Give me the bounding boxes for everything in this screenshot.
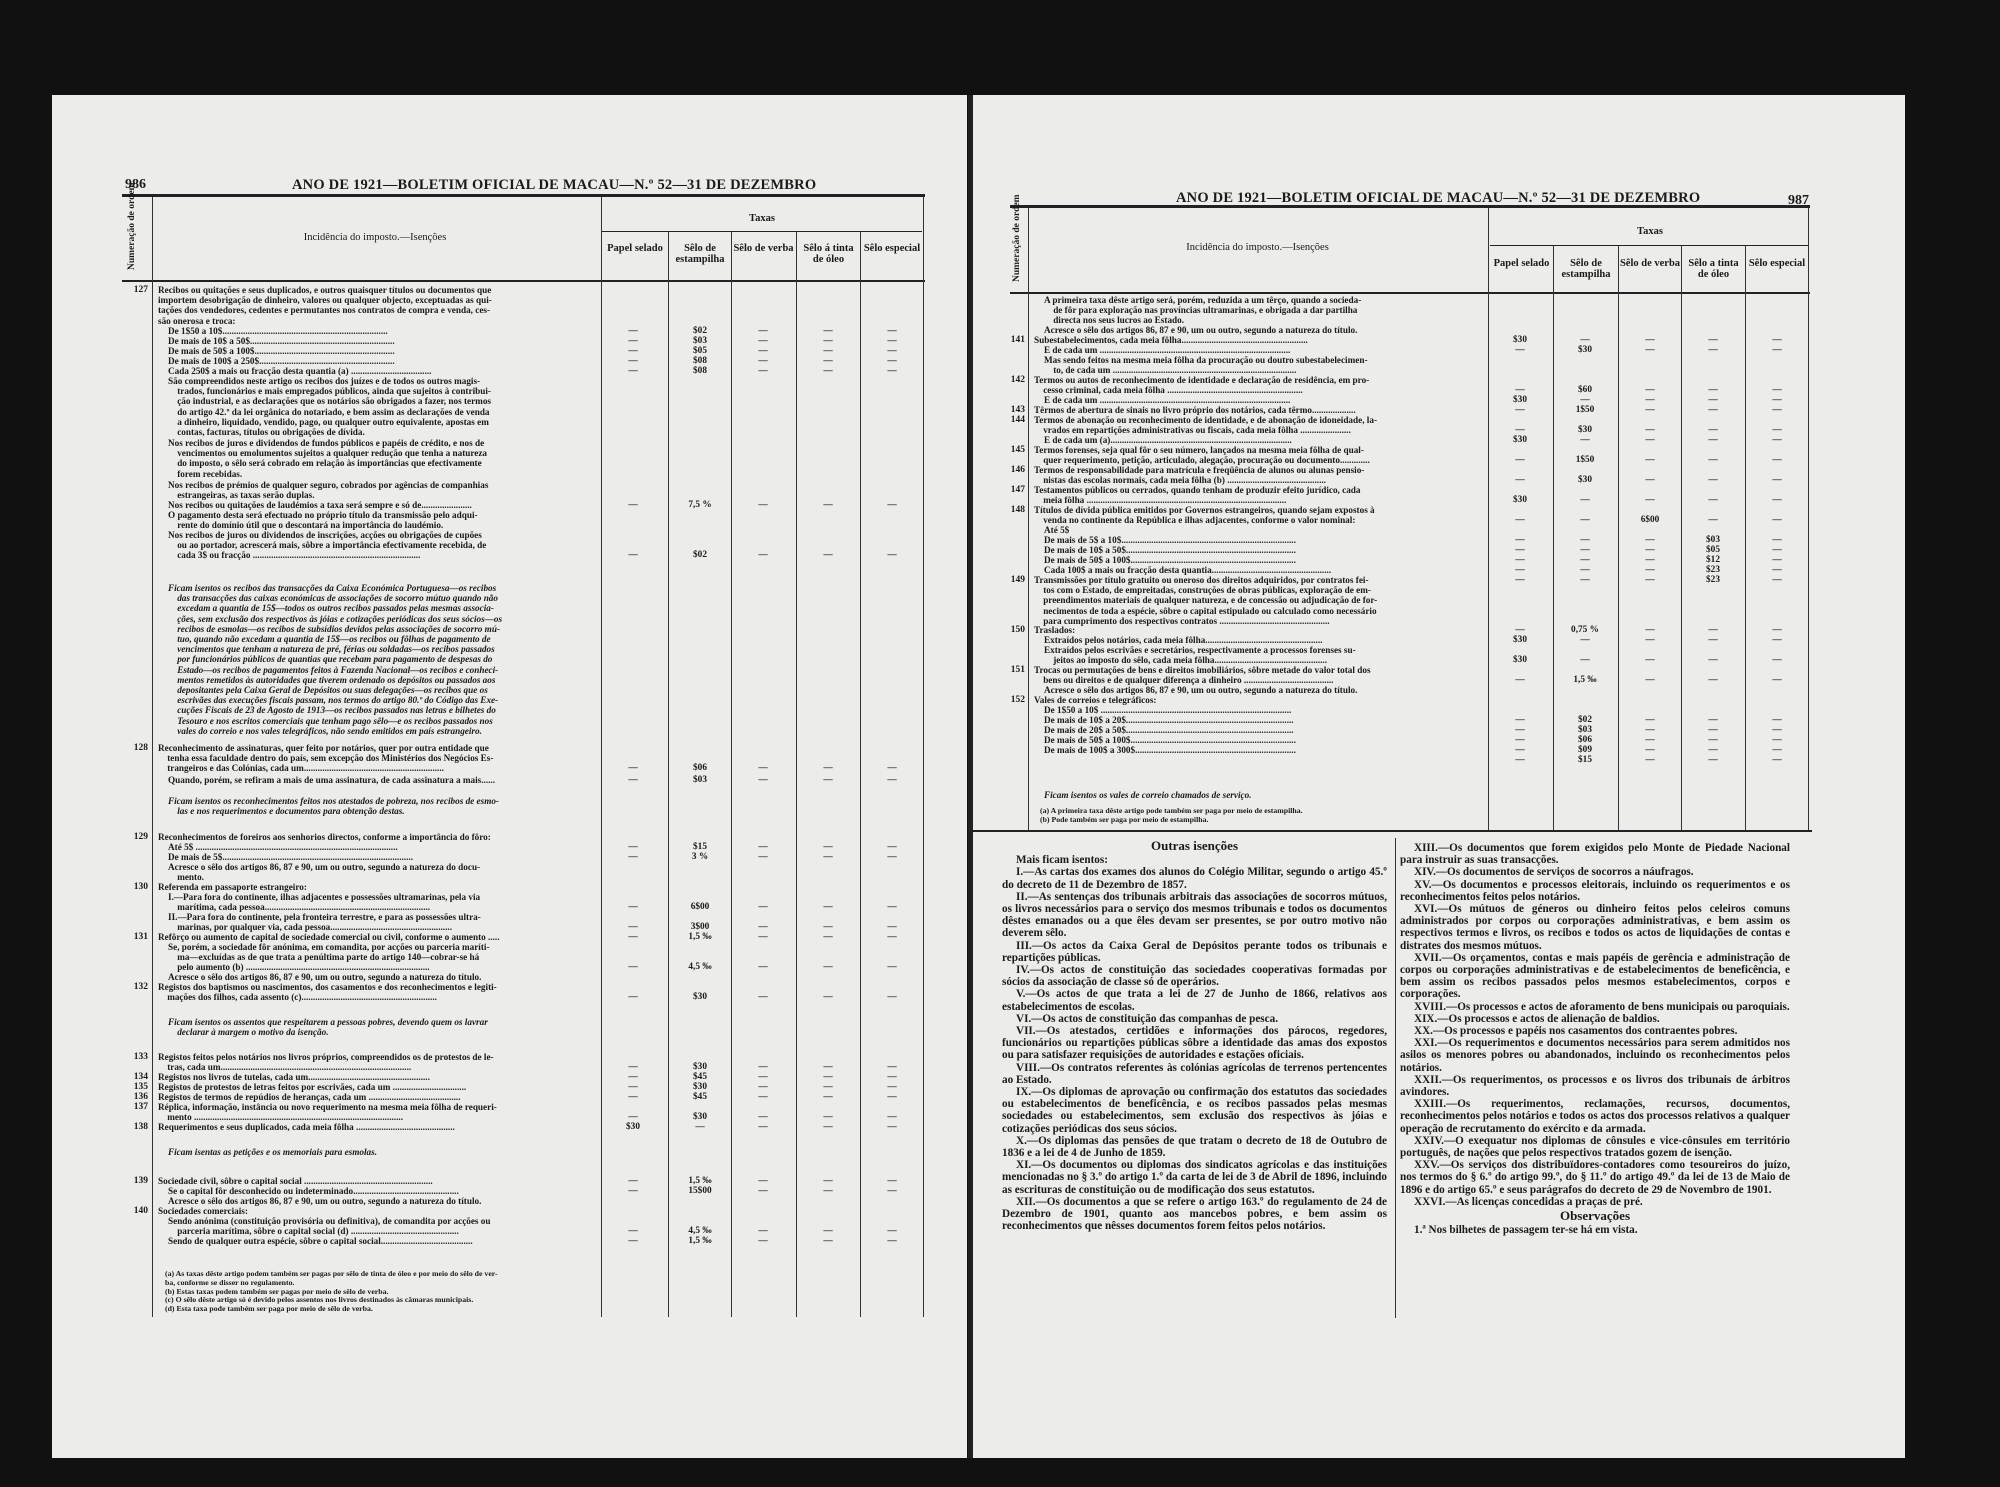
tax-value: — <box>1746 335 1808 345</box>
tax-value: — <box>797 366 859 376</box>
article-number: 132 <box>126 982 148 992</box>
col-selo-tinta-oleo: Sêlo a tinta de óleo <box>1682 258 1745 280</box>
header-bottom-rule <box>122 280 925 282</box>
tax-value: — <box>732 763 794 773</box>
tax-value: $05 <box>669 346 731 356</box>
taxas-rule <box>602 231 922 232</box>
tax-value: $30 <box>669 1112 731 1122</box>
exemption-note: Ficam isentos os vales de correio chamad… <box>1044 790 1484 800</box>
tax-value: — <box>732 902 794 912</box>
tax-value: — <box>861 962 923 972</box>
tax-value: — <box>1489 755 1551 765</box>
tax-value: — <box>732 326 794 336</box>
col-divider <box>923 197 924 1317</box>
tax-value: — <box>1746 435 1808 445</box>
tax-value: — <box>1554 395 1616 405</box>
tax-value: — <box>1619 405 1681 415</box>
tax-value: — <box>797 550 859 560</box>
col-selo-tinta-oleo: Sêlo á tinta de óleo <box>797 243 860 265</box>
exemption-note: Ficam isentas as petições e os memoriais… <box>168 1147 598 1157</box>
observacoes-title: Observações <box>1400 1210 1790 1222</box>
exemption-item: XIV.—Os documentos de serviços de socorr… <box>1400 866 1790 878</box>
article-number: 141 <box>1003 335 1025 345</box>
tax-value: — <box>1682 425 1744 435</box>
article-number: 150 <box>1003 625 1025 635</box>
exemption-item: XV.—Os documentos e processos eleitorais… <box>1400 879 1790 903</box>
tax-value: — <box>861 902 923 912</box>
article-text: De mais de 50$ a 100$...................… <box>1044 735 1484 745</box>
exemption-item: V.—Os actos de que trata a lei de 27 de … <box>1002 988 1387 1012</box>
tax-value: $30 <box>669 992 731 1002</box>
article-text: Nos recibos de juros e dividendos de fun… <box>168 438 598 479</box>
tax-value: — <box>1682 675 1744 685</box>
tax-value: — <box>1619 345 1681 355</box>
tax-value: — <box>732 346 794 356</box>
tax-value: 1$50 <box>1554 405 1616 415</box>
tax-value: — <box>861 1082 923 1092</box>
col-selo-verba: Sêlo de verba <box>732 243 795 254</box>
article-text: Termos ou autos de reconhecimento de ide… <box>1034 375 1484 395</box>
header-bottom-rule <box>1010 292 1810 294</box>
article-text: Referenda em passaporte estrangeiro: <box>158 882 598 892</box>
exemption-item: XXIV.—O exequatur nos diplomas de cônsul… <box>1400 1135 1790 1159</box>
tax-value: — <box>861 852 923 862</box>
article-text: Nos recibos ou quitações de laudémios a … <box>168 500 598 510</box>
tax-value: $09 <box>1554 745 1616 755</box>
article-text: Sociedade civil, sôbre o capital social … <box>158 1176 598 1186</box>
tax-value: — <box>732 922 794 932</box>
tax-value: 1,5 ‰ <box>669 1236 731 1246</box>
exemption-note: Ficam isentos os reconhecimentos feitos … <box>168 796 598 816</box>
tax-value: — <box>1554 495 1616 505</box>
article-text: E de cada um ...........................… <box>1044 395 1484 405</box>
tax-value: — <box>602 336 664 346</box>
exemption-item: XVIII.—Os processos e actos de aforament… <box>1400 1001 1790 1013</box>
tax-value: — <box>861 775 923 785</box>
tax-value: $30 <box>669 1062 731 1072</box>
tax-value: $30 <box>1489 635 1551 645</box>
article-text: Sociedades comerciais: <box>158 1206 598 1216</box>
article-text: A primeira taxa dêste artigo será, porém… <box>1044 295 1484 326</box>
tax-value: — <box>1619 655 1681 665</box>
article-text: Registos feitos pelos notários nos livro… <box>158 1052 598 1072</box>
tax-value: — <box>797 775 859 785</box>
header-rule <box>122 194 925 197</box>
tax-value: — <box>797 763 859 773</box>
tax-value: 6$00 <box>1619 515 1681 525</box>
tax-value: — <box>797 922 859 932</box>
tax-value: — <box>797 1112 859 1122</box>
tax-value: — <box>602 1112 664 1122</box>
table-bottom-rule <box>972 830 1812 832</box>
tax-value: — <box>1489 455 1551 465</box>
tax-value: — <box>1489 745 1551 755</box>
tax-value: — <box>1746 425 1808 435</box>
col-divider <box>152 197 153 1317</box>
article-text: Subestabelecimentos, cada meia fôlha....… <box>1034 335 1484 345</box>
article-text: Acresce o sêlo dos artigos 86, 87 e 90, … <box>168 1196 598 1206</box>
tax-value: — <box>797 992 859 1002</box>
tax-value: — <box>602 366 664 376</box>
col-papel-selado: Papel selado <box>1490 258 1553 269</box>
exemption-item: XVI.—Os mútuos de géneros ou dinheiro fe… <box>1400 903 1790 952</box>
tax-value: $45 <box>669 1092 731 1102</box>
exemption-item: IV.—Os actos de constituição das socieda… <box>1002 964 1387 988</box>
exemption-item: XIX.—Os processos e actos de alienação d… <box>1400 1013 1790 1025</box>
tax-value: — <box>1746 715 1808 725</box>
article-text: Nos recibos de juros ou dividendos de in… <box>168 530 598 561</box>
tax-value: — <box>602 326 664 336</box>
tax-value: $03 <box>669 775 731 785</box>
tax-value: — <box>1489 675 1551 685</box>
tax-value: — <box>1746 345 1808 355</box>
article-number: 144 <box>1003 415 1025 425</box>
tax-value: — <box>1619 575 1681 585</box>
article-number: 128 <box>126 743 148 753</box>
article-number: 152 <box>1003 695 1025 705</box>
tax-value: — <box>732 336 794 346</box>
article-number: 138 <box>126 1122 148 1132</box>
exemption-item: I.—As cartas dos exames dos alunos do Co… <box>1002 866 1387 890</box>
article-number: 135 <box>126 1082 148 1092</box>
tax-value: $08 <box>669 356 731 366</box>
exemption-item: XX.—Os processos e papéis nos casamentos… <box>1400 1025 1790 1037</box>
article-number: 130 <box>126 882 148 892</box>
order-col-header: Numeração de ordem <box>127 200 137 270</box>
tax-value: — <box>732 1186 794 1196</box>
tax-value: — <box>797 1062 859 1072</box>
tax-value: — <box>732 1112 794 1122</box>
tax-value: — <box>1746 385 1808 395</box>
tax-value: — <box>602 1186 664 1196</box>
tax-value: $23 <box>1682 575 1744 585</box>
tax-value: — <box>861 550 923 560</box>
article-number: 134 <box>126 1072 148 1082</box>
tax-value: — <box>1746 735 1808 745</box>
tax-value: — <box>1746 725 1808 735</box>
section-intro: Mais ficam isentos: <box>1002 854 1387 866</box>
tax-value: 7,5 % <box>669 500 731 510</box>
tax-value: — <box>1746 755 1808 765</box>
article-text: De mais de 50$ a 100$...................… <box>168 346 598 356</box>
tax-value: — <box>732 356 794 366</box>
article-text: O pagamento desta será efectuado no próp… <box>168 510 598 530</box>
article-text: II.—Para fora do continente, pela fronte… <box>168 912 598 932</box>
tax-value: — <box>602 500 664 510</box>
article-text: Reconhecimentos de foreiros aos senhorio… <box>158 832 598 842</box>
tax-value: $08 <box>669 366 731 376</box>
tax-value: — <box>602 1176 664 1186</box>
order-col-header: Numeração de ordem <box>1012 212 1022 282</box>
tax-value: $03 <box>1682 535 1744 545</box>
article-text: Se, porém, a sociedade fôr anónima, em c… <box>168 942 598 973</box>
tax-value: — <box>732 500 794 510</box>
outras-isencoes-col2: XIII.—Os documentos que forem exigidos p… <box>1400 842 1790 1237</box>
col-selo-especial: Sêlo especial <box>861 243 923 254</box>
tax-value: — <box>1554 535 1616 545</box>
tax-value: — <box>602 1226 664 1236</box>
article-text: Sendo de qualquer outra espécie, sôbre o… <box>168 1236 598 1246</box>
tax-value: — <box>861 1226 923 1236</box>
tax-value: — <box>602 962 664 972</box>
tax-value: — <box>1489 345 1551 355</box>
tax-value: $30 <box>1489 395 1551 405</box>
tax-value: — <box>602 1236 664 1246</box>
tax-value: — <box>602 550 664 560</box>
tax-value: — <box>797 1236 859 1246</box>
tax-value: — <box>1489 715 1551 725</box>
tax-value: — <box>1619 335 1681 345</box>
tax-value: — <box>1746 515 1808 525</box>
exemption-item: X.—Os diplomas das pensões de que tratam… <box>1002 1135 1387 1159</box>
tax-value: — <box>602 1092 664 1102</box>
tax-value: — <box>1682 345 1744 355</box>
article-text: E de cada um ...........................… <box>1044 345 1484 355</box>
incidence-col-header: Incidência do imposto.—Isenções <box>1030 242 1485 253</box>
tax-value: — <box>797 902 859 912</box>
tax-value: — <box>861 1092 923 1102</box>
header-rule <box>1010 205 1810 208</box>
article-text: De mais de 20$ a 50$....................… <box>1044 725 1484 735</box>
article-text: De mais de 50$ a 100$...................… <box>1044 555 1484 565</box>
tax-value: — <box>1489 515 1551 525</box>
tax-value: $30 <box>1554 425 1616 435</box>
exemption-item: XXIII.—Os requerimentos, reclamações, re… <box>1400 1098 1790 1135</box>
tax-value: — <box>861 842 923 852</box>
tax-value: — <box>732 852 794 862</box>
tax-value: — <box>1682 635 1744 645</box>
tax-value: — <box>1619 435 1681 445</box>
tax-value: $30 <box>1554 345 1616 355</box>
tax-value: 1$50 <box>1554 455 1616 465</box>
article-number: 145 <box>1003 445 1025 455</box>
exemption-item: III.—Os actos da Caixa Geral de Depósito… <box>1002 940 1387 964</box>
exemption-item: XI.—Os documentos ou diplomas dos sindic… <box>1002 1159 1387 1196</box>
exemption-item: XXI.—Os requerimentos e documentos neces… <box>1400 1037 1790 1074</box>
tax-value: — <box>1489 625 1551 635</box>
tax-value: — <box>1746 565 1808 575</box>
outras-isencoes-col1: Outras isenções Mais ficam isentos: I.—A… <box>1002 838 1387 1233</box>
tax-value: — <box>1489 555 1551 565</box>
tax-value: — <box>797 932 859 942</box>
tax-value: — <box>861 1062 923 1072</box>
tax-value: 3$00 <box>669 922 731 932</box>
tax-value: — <box>797 1072 859 1082</box>
article-text: Se o capital fôr desconhecido ou indeter… <box>168 1186 598 1196</box>
article-text: Acresce o sêlo dos artigos 86, 87 e 90, … <box>1044 685 1484 695</box>
tax-value: $15 <box>1554 755 1616 765</box>
tax-value: — <box>861 992 923 1002</box>
tax-value: — <box>1554 565 1616 575</box>
tax-value: $06 <box>1554 735 1616 745</box>
tax-value: — <box>1489 575 1551 585</box>
tax-value: — <box>797 842 859 852</box>
tax-value: $02 <box>1554 715 1616 725</box>
article-text: São compreendidos neste artigo os recibo… <box>168 376 598 437</box>
article-text: Termos forenses, seja qual fôr o seu núm… <box>1034 445 1484 465</box>
tax-value: $30 <box>1489 435 1551 445</box>
tax-value: — <box>1619 635 1681 645</box>
tax-value: $30 <box>1489 495 1551 505</box>
section-title: Outras isenções <box>1002 840 1387 852</box>
tax-value: 4,5 ‰ <box>669 1226 731 1236</box>
tax-value: 1,5 ‰ <box>669 932 731 942</box>
article-text: E de cada um (a)........................… <box>1044 435 1484 445</box>
article-number: 139 <box>126 1176 148 1186</box>
tax-value: — <box>1746 675 1808 685</box>
article-text: Requerimentos e seus duplicados, cada me… <box>158 1122 598 1132</box>
exemption-item: IX.—Os diplomas de aprovação ou confirma… <box>1002 1086 1387 1135</box>
article-text: Têrmos de abertura de sinais no livro pr… <box>1034 405 1484 415</box>
tax-value: — <box>1682 715 1744 725</box>
tax-value: — <box>1554 335 1616 345</box>
article-text: Cada 100$ a mais ou fracção desta quanti… <box>1044 565 1484 575</box>
tax-value: — <box>861 763 923 773</box>
tax-value: $15 <box>669 842 731 852</box>
tax-value: $02 <box>669 550 731 560</box>
tax-value: — <box>1619 565 1681 575</box>
tax-value: — <box>1554 515 1616 525</box>
article-number: 131 <box>126 932 148 942</box>
tax-value: — <box>602 763 664 773</box>
tax-value: — <box>1746 545 1808 555</box>
tax-value: — <box>1489 475 1551 485</box>
tax-value: — <box>1746 575 1808 585</box>
col-divider <box>1028 208 1029 830</box>
tax-value: — <box>1619 735 1681 745</box>
tax-value: — <box>732 1062 794 1072</box>
tax-value: — <box>1746 625 1808 635</box>
tax-value: — <box>1619 395 1681 405</box>
col-selo-verba: Sêlo de verba <box>1619 258 1681 269</box>
taxas-group-header: Taxas <box>602 213 922 224</box>
exemption-item: VII.—Os atestados, certidões e informaçõ… <box>1002 1025 1387 1062</box>
tax-value: — <box>1554 635 1616 645</box>
tax-value: — <box>732 962 794 972</box>
article-text: De mais de 100$ a 300$..................… <box>1044 745 1484 755</box>
tax-value: — <box>861 326 923 336</box>
exemption-item: XXVI.—As licenças concedidas a praças de… <box>1400 1196 1790 1208</box>
tax-value: $30 <box>669 1082 731 1092</box>
tax-value: — <box>1619 495 1681 505</box>
article-number: 147 <box>1003 485 1025 495</box>
tax-value: — <box>1682 395 1744 405</box>
tax-value: — <box>1682 745 1744 755</box>
article-text: Até 5$ .................................… <box>168 842 598 852</box>
article-text: Termos de responsabilidade para matrícul… <box>1034 465 1484 485</box>
tax-value: — <box>732 1072 794 1082</box>
exemptions-list-1: I.—As cartas dos exames dos alunos do Co… <box>1002 866 1387 1232</box>
tax-value: — <box>602 356 664 366</box>
taxas-group-header: Taxas <box>1490 226 1810 237</box>
tax-value: — <box>1619 535 1681 545</box>
tax-value: $12 <box>1682 555 1744 565</box>
incidence-col-header: Incidência do imposto.—Isenções <box>150 232 600 243</box>
tax-value: — <box>1554 545 1616 555</box>
tax-value: $05 <box>1682 545 1744 555</box>
tax-value: — <box>1619 675 1681 685</box>
tax-value: — <box>1682 625 1744 635</box>
article-number: 133 <box>126 1052 148 1062</box>
tax-value: — <box>732 1236 794 1246</box>
tax-value: — <box>797 1176 859 1186</box>
tax-value: — <box>1746 405 1808 415</box>
tax-value: — <box>732 1092 794 1102</box>
tax-value: — <box>861 922 923 932</box>
tax-value: — <box>861 1186 923 1196</box>
tax-value: — <box>1682 435 1744 445</box>
tax-value: — <box>1554 555 1616 565</box>
tax-value: — <box>602 842 664 852</box>
article-number: 146 <box>1003 465 1025 475</box>
article-number: 129 <box>126 832 148 842</box>
tax-value: — <box>1619 545 1681 555</box>
observacoes-first: 1.ª Nos bilhetes de passagem ter-se há e… <box>1400 1224 1790 1236</box>
tax-value: — <box>797 962 859 972</box>
article-number: 148 <box>1003 505 1025 515</box>
article-text: De mais de 10$ a 50$....................… <box>168 336 598 346</box>
article-text: Acresce o sêlo dos artigos 86, 87 e 90, … <box>168 862 598 882</box>
article-text: Termos de abonação ou reconhecimento de … <box>1034 415 1484 435</box>
article-text: De 1$50 a 10$ ..........................… <box>1044 705 1484 715</box>
tax-value: 3 % <box>669 852 731 862</box>
tax-value: — <box>732 1122 794 1132</box>
article-text: Acresce o sêlo dos artigos 86, 87 e 90, … <box>168 972 598 982</box>
tax-value: — <box>1489 405 1551 415</box>
tax-value: — <box>1489 725 1551 735</box>
article-text: Sendo anónima (constituição provisória o… <box>168 1216 598 1236</box>
tax-value: $30 <box>1489 335 1551 345</box>
article-text: Títulos de dívida pública emitidos por G… <box>1034 505 1484 525</box>
tax-value: — <box>1682 655 1744 665</box>
tax-value: — <box>1746 655 1808 665</box>
tax-value: — <box>797 336 859 346</box>
article-text: De mais de 100$ a 250$..................… <box>168 356 598 366</box>
tax-value: — <box>797 1226 859 1236</box>
article-text: Traslados: <box>1034 625 1484 635</box>
article-number: 149 <box>1003 575 1025 585</box>
tax-value: — <box>602 1072 664 1082</box>
article-text: Testamentos públicos ou cerrados, quando… <box>1034 485 1484 505</box>
book-spine <box>968 95 973 1458</box>
article-text: De 1$50 a 10$...........................… <box>168 326 598 336</box>
col-papel-selado: Papel selado <box>603 243 667 254</box>
tax-value: $03 <box>1554 725 1616 735</box>
tax-value: $60 <box>1554 385 1616 395</box>
tax-value: — <box>1489 545 1551 555</box>
tax-value: — <box>861 1176 923 1186</box>
column-divider <box>1395 838 1396 1318</box>
tax-value: — <box>1489 425 1551 435</box>
article-text: De mais de 10$ a 20$....................… <box>1044 715 1484 725</box>
exemption-item: XXV.—Os serviços dos distribuïdores-cont… <box>1400 1159 1790 1196</box>
tax-value: — <box>602 346 664 356</box>
tax-value: — <box>1619 745 1681 755</box>
tax-value: — <box>1489 735 1551 745</box>
article-text: Até 5$ <box>1044 525 1484 535</box>
tax-value: — <box>1554 655 1616 665</box>
col-selo-estampilha: Sêlo de estampilha <box>1554 258 1618 280</box>
tax-value: $30 <box>602 1122 664 1132</box>
tax-value: — <box>1554 575 1616 585</box>
article-text: De mais de 5$ a 10$.....................… <box>1044 535 1484 545</box>
article-text: Refôrço ou aumento de capital de socieda… <box>158 932 598 942</box>
tax-value: — <box>602 1062 664 1072</box>
tax-value: — <box>732 1226 794 1236</box>
article-text: Nos recibos de prémios de qualquer segur… <box>168 480 598 500</box>
tax-value: — <box>1682 725 1744 735</box>
tax-value: — <box>732 842 794 852</box>
